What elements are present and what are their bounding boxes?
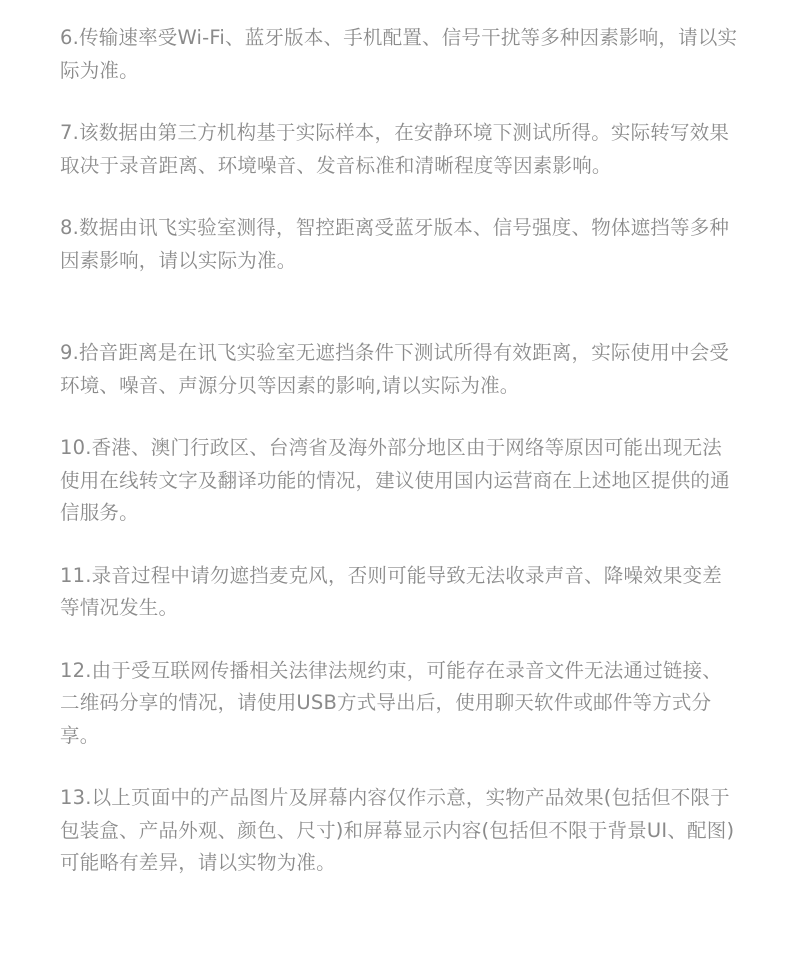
note-6: 6.传输速率受Wi-Fi、蓝牙版本、手机配置、信号干扰等多种因素影响，请以实际为… xyxy=(60,22,740,87)
note-7: 7.该数据由第三方机构基于实际样本，在安静环境下测试所得。实际转写效果取决于录音… xyxy=(60,117,740,182)
note-10: 10.香港、澳门行政区、台湾省及海外部分地区由于网络等原因可能出现无法使用在线转… xyxy=(60,432,740,530)
note-13: 13.以上页面中的产品图片及屏幕内容仅作示意，实物产品效果(包括但不限于包装盒、… xyxy=(60,782,740,880)
note-9: 9.拾音距离是在讯飞实验室无遮挡条件下测试所得有效距离，实际使用中会受环境、噪音… xyxy=(60,337,740,402)
note-12: 12.由于受互联网传播相关法律法规约束，可能存在录音文件无法通过链接、二维码分享… xyxy=(60,655,740,753)
note-8: 8.数据由讯飞实验室测得，智控距离受蓝牙版本、信号强度、物体遮挡等多种因素影响，… xyxy=(60,212,740,277)
note-11: 11.录音过程中请勿遮挡麦克风，否则可能导致无法收录声音、降噪效果变差等情况发生… xyxy=(60,560,740,625)
disclaimer-notes: 6.传输速率受Wi-Fi、蓝牙版本、手机配置、信号干扰等多种因素影响，请以实际为… xyxy=(60,22,740,880)
